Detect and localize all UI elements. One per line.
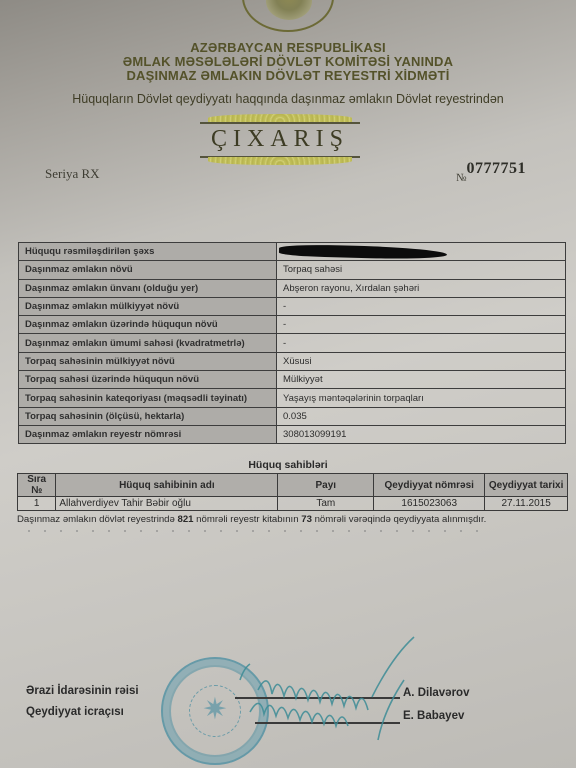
- info-label: Daşınmaz əmlakın ümumi sahəsi (kvadratme…: [19, 334, 277, 352]
- header-service: DAŞINMAZ ƏMLAKIN DÖVLƏT REYESTRİ XİDMƏTİ: [0, 68, 576, 83]
- role-head-label: Ərazi İdarəsinin rəisi: [26, 685, 139, 697]
- info-value: Abşeron rayonu, Xırdalan şəhəri: [277, 279, 566, 297]
- official-seal-icon: ✷: [161, 657, 269, 765]
- info-row: Torpaq sahəsinin (ölçüsü, hektarla)0.035: [19, 407, 566, 425]
- signatory-name-2: E. Babayev: [403, 710, 464, 722]
- document-title: ÇIXARIŞ: [200, 126, 360, 153]
- emblem-center: [266, 0, 312, 20]
- header-republic: AZƏRBAYCAN RESPUBLİKASI: [0, 40, 576, 55]
- info-row: Daşınmaz əmlakın ünvanı (olduğu yer)Abşe…: [19, 279, 566, 297]
- info-row: Torpaq sahəsi üzərində hüququn növüMülki…: [19, 371, 566, 389]
- property-info-table: Hüququ rəsmiləşdirilən şəxsDaşınmaz əmla…: [18, 242, 566, 444]
- info-label: Daşınmaz əmlakın mülkiyyət növü: [19, 297, 277, 315]
- owner-row: 1Allahverdiyev Tahir Bəbir oğluTam161502…: [18, 497, 568, 511]
- info-row: Daşınmaz əmlakın üzərində hüququn növü-: [19, 316, 566, 334]
- signature-line-2: [255, 722, 400, 724]
- owners-title: Hüquq sahibləri: [0, 459, 576, 471]
- info-label: Daşınmaz əmlakın növü: [19, 261, 277, 279]
- info-label: Torpaq sahəsinin mülkiyyət növü: [19, 352, 277, 370]
- note-text-3: nömrəli vərəqində qeydiyyata alınmışdır.: [312, 514, 486, 525]
- info-label: Daşınmaz əmlakın üzərində hüququn növü: [19, 316, 277, 334]
- info-label: Hüququ rəsmiləşdirilən şəxs: [19, 243, 277, 261]
- seal-inner-ring: ✷: [189, 685, 241, 737]
- info-label: Torpaq sahəsinin kateqoriyası (məqsədli …: [19, 389, 277, 407]
- owner-cell: 27.11.2015: [485, 497, 568, 511]
- info-row: Torpaq sahəsinin kateqoriyası (məqsədli …: [19, 389, 566, 407]
- note-text-2: nömrəli reyestr kitabının: [194, 514, 302, 525]
- header-committee: ƏMLAK MƏSƏLƏLƏRİ DÖVLƏT KOMİTƏSİ YANINDA: [0, 54, 576, 69]
- redacted-value: [277, 243, 566, 261]
- owners-column-header: Payı: [278, 474, 374, 497]
- note-text-1: Daşınmaz əmlakın dövlət reyestrində: [17, 514, 178, 525]
- owners-column-header: Hüquq sahibinin adı: [56, 474, 278, 497]
- info-value: Xüsusi: [277, 352, 566, 370]
- info-row: Torpaq sahəsinin mülkiyyət növüXüsusi: [19, 352, 566, 370]
- document-title-block: ÇIXARIŞ: [200, 114, 360, 164]
- info-label: Torpaq sahəsinin (ölçüsü, hektarla): [19, 407, 277, 425]
- ornament-top-icon: [208, 114, 352, 122]
- info-label: Torpaq sahəsi üzərində hüququn növü: [19, 371, 277, 389]
- signatory-name-1: A. Dilavərov: [403, 687, 469, 699]
- info-label: Daşınmaz əmlakın ünvanı (olduğu yer): [19, 279, 277, 297]
- owners-column-header: Qeydiyyat tarixi: [485, 474, 568, 497]
- info-value: 0.035: [277, 407, 566, 425]
- seal-star-icon: ✷: [190, 692, 240, 728]
- owner-cell: 1: [18, 497, 56, 511]
- info-row: Daşınmaz əmlakın növüTorpaq sahəsi: [19, 261, 566, 279]
- info-row: Hüququ rəsmiləşdirilən şəxs: [19, 243, 566, 261]
- info-value: -: [277, 334, 566, 352]
- redaction-mark: [279, 243, 447, 259]
- series-label: Seriya RX: [45, 166, 100, 182]
- info-value: -: [277, 297, 566, 315]
- signature-line-1: [235, 697, 400, 699]
- number-value: 0777751: [467, 160, 527, 177]
- owner-cell: Tam: [278, 497, 374, 511]
- registration-note: Daşınmaz əmlakın dövlət reyestrində 821 …: [17, 514, 576, 525]
- info-value: 308013099191: [277, 425, 566, 443]
- owners-table: Sıra №Hüquq sahibinin adıPayıQeydiyyat n…: [17, 473, 568, 511]
- owner-cell: 1615023063: [374, 497, 485, 511]
- header-subtitle: Hüquqların Dövlət qeydiyyatı haqqında da…: [0, 92, 576, 106]
- page-number: 73: [301, 514, 312, 525]
- info-value: -: [277, 316, 566, 334]
- owner-cell: Allahverdiyev Tahir Bəbir oğlu: [56, 497, 278, 511]
- info-label: Daşınmaz əmlakın reyestr nömrəsi: [19, 425, 277, 443]
- dotted-divider: [28, 530, 478, 532]
- owners-column-header: Sıra №: [18, 474, 56, 497]
- info-row: Daşınmaz əmlakın ümumi sahəsi (kvadratme…: [19, 334, 566, 352]
- info-value: Yaşayış məntəqələrinin torpaqları: [277, 389, 566, 407]
- state-emblem-icon: [242, 0, 334, 32]
- role-registrar-label: Qeydiyyat icraçısı: [26, 706, 124, 718]
- title-rule-top: [200, 122, 360, 124]
- book-number: 821: [178, 514, 194, 525]
- owners-column-header: Qeydiyyat nömrəsi: [374, 474, 485, 497]
- ornament-bottom-icon: [208, 157, 352, 165]
- info-value: Mülkiyyət: [277, 371, 566, 389]
- info-row: Daşınmaz əmlakın reyestr nömrəsi30801309…: [19, 425, 566, 443]
- info-row: Daşınmaz əmlakın mülkiyyət növü-: [19, 297, 566, 315]
- document-number: №0777751: [456, 160, 526, 184]
- info-value: Torpaq sahəsi: [277, 261, 566, 279]
- number-sign: №: [456, 172, 467, 184]
